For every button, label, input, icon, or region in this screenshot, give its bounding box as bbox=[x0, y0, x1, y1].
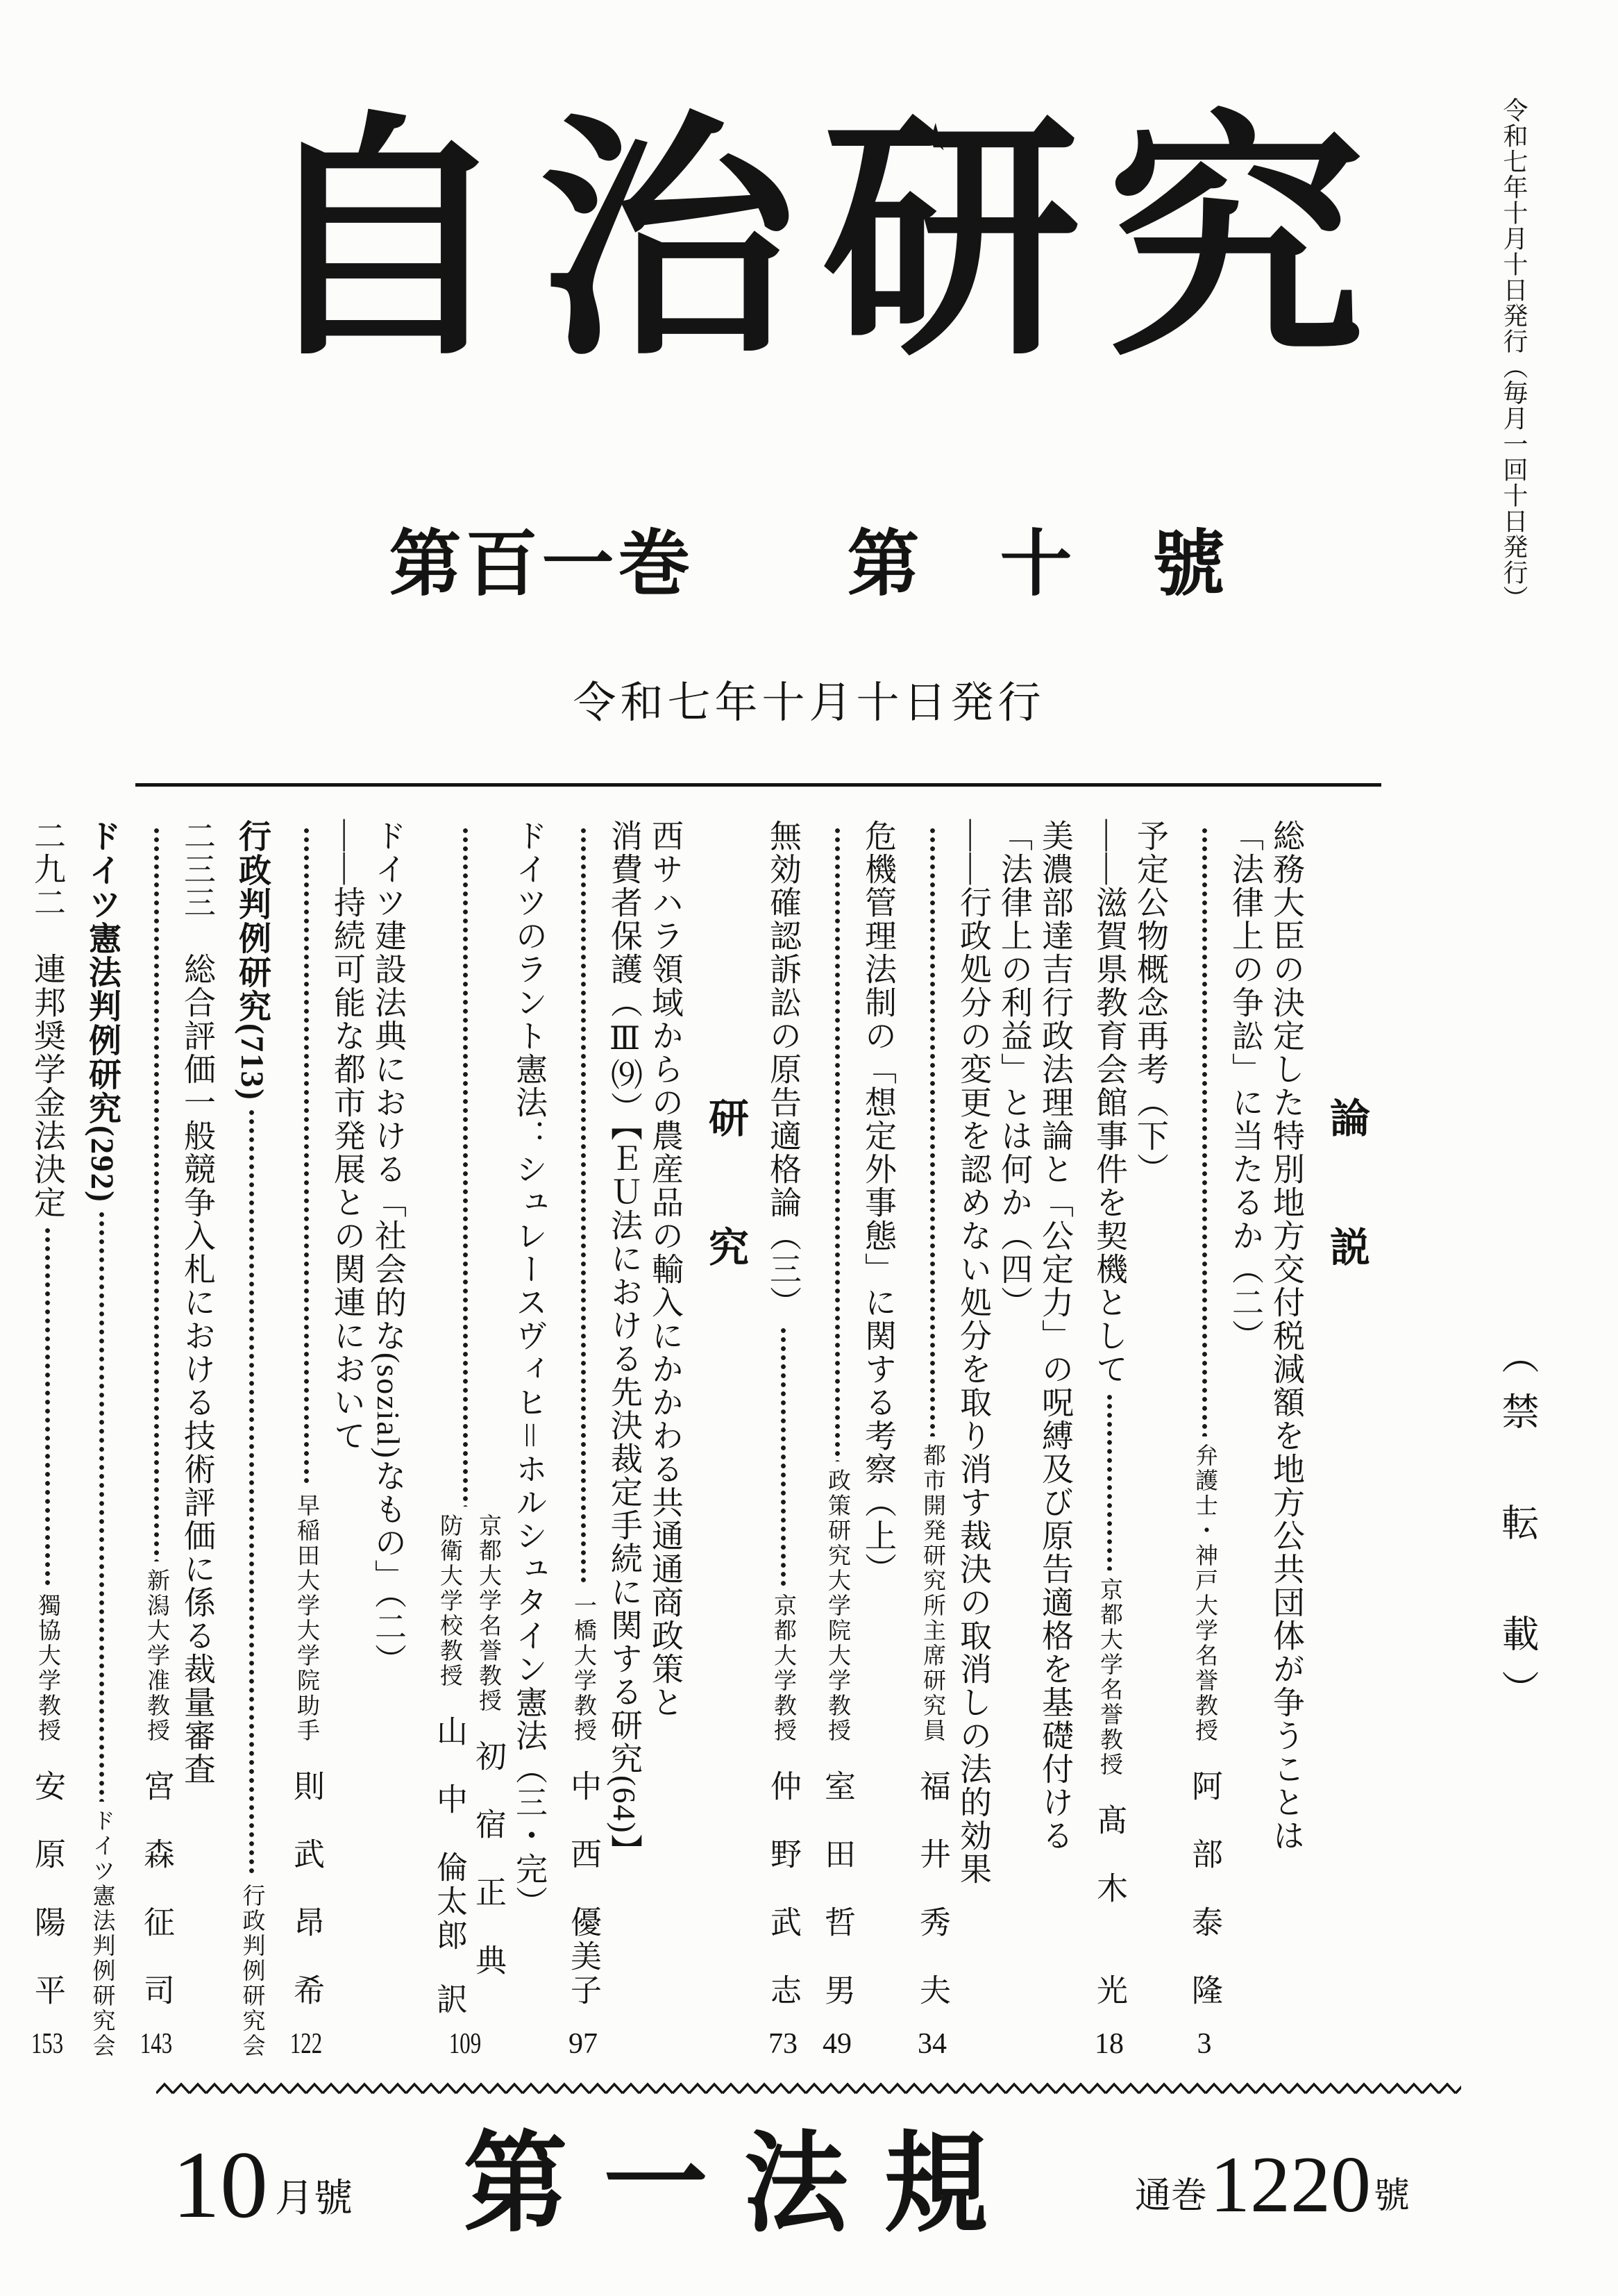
author-affiliation: 早稲田大学大学院助手 bbox=[294, 1493, 319, 1743]
toc-byline-column: 早稲田大学大学院助手 則 武 昂 希 122 bbox=[290, 819, 322, 2059]
section-header-articles: 論 説 bbox=[1326, 819, 1366, 2059]
page-number: 122 bbox=[290, 2029, 322, 2059]
toc-title-line: 西サハラ領域からの農産品の輸入にかかわる共通通商政策と bbox=[649, 819, 681, 2059]
author-name: 室 田 哲 男 bbox=[820, 1770, 854, 2008]
toc-byline-column: ――滋賀県教育会館事件を契機として 京都大学名誉教授 髙 木 光 18 bbox=[1093, 819, 1125, 2059]
toc-title-line: ――持続可能な都市発展との関連において bbox=[331, 819, 363, 2059]
leader-dots bbox=[153, 826, 160, 1561]
toc-byline-column: 新潟大学准教授 宮 森 征 司 143 bbox=[140, 819, 172, 2059]
page-number: 18 bbox=[1093, 2029, 1125, 2059]
toc-title-line: ――行政処分の変更を認めない処分を取り消す裁決の取消しの法的効果 bbox=[957, 819, 989, 2059]
serial-suffix: 號 bbox=[1374, 2179, 1410, 2215]
byline: 一橋大学教授 中 西 優美子 97 bbox=[567, 1593, 599, 2059]
research-group-name: 行政判例研究会 bbox=[239, 1884, 264, 2059]
leader-dots bbox=[303, 826, 310, 1486]
author-name: 宮 森 征 司 bbox=[139, 1770, 174, 2008]
publisher-logo: 第一法規 bbox=[463, 2130, 1024, 2240]
leader-dots bbox=[780, 1326, 786, 1586]
leader-dots bbox=[462, 826, 469, 1507]
toc-title-line: 無効確認訴訟の原告適格論（三） bbox=[767, 819, 799, 1319]
section-header-research: 研 究 bbox=[705, 819, 745, 2059]
author-name: 山 中 倫太郎 bbox=[432, 1715, 466, 1953]
no-reprint-note: （禁 転 載） bbox=[1499, 1336, 1536, 1725]
leader-dots bbox=[248, 1108, 255, 1877]
toc-title-line: ドイツのラント憲法：シュレースヴィヒ＝ホルシュタイン憲法（三・完） bbox=[513, 819, 545, 2059]
leader-dots bbox=[929, 826, 936, 1436]
leader-dots bbox=[1202, 826, 1208, 1436]
toc-byline-column: 無効確認訴訟の原告適格論（三） 京都大学教授 仲 野 武 志 73 bbox=[767, 819, 799, 2059]
table-of-contents: 論 説 総務大臣の決定した特別地方交付税減額を地方公共団体が争うことは 「法律上… bbox=[142, 819, 1381, 2059]
month-suffix: 月號 bbox=[275, 2179, 353, 2218]
series-header-german-const: ドイツ憲法判例研究(292) ドイツ憲法判例研究会 bbox=[85, 819, 118, 2059]
toc-title-line: 消費者保護（Ⅲ⑼）【ＥＵ法における先決裁定手続に関する研究(64)】 bbox=[608, 819, 640, 2059]
page-number: 49 bbox=[821, 2029, 853, 2059]
byline: 行政判例研究会 bbox=[236, 1884, 268, 2059]
toc-title-line: 二三三 総合評価一般競争入札における技術評価に係る裁量審査 bbox=[181, 819, 213, 2059]
series-title: ドイツ憲法判例研究(292) bbox=[85, 819, 118, 1203]
toc-byline-column: 政策研究大学院大学教授 室 田 哲 男 49 bbox=[821, 819, 853, 2059]
leader-dots bbox=[1106, 1393, 1113, 1570]
research-group-name: ドイツ憲法判例研究会 bbox=[90, 1809, 115, 2059]
toc-top-rule bbox=[135, 783, 1381, 787]
toc-title-line: ドイツ建設法典における「社会的な(sozial)なもの」（二） bbox=[372, 819, 404, 2059]
author-affiliation: 獨協大学教授 bbox=[35, 1593, 60, 1743]
leader-dots bbox=[99, 1210, 105, 1802]
byline: 京都大学名誉教授 初 宿 正 典 bbox=[472, 1514, 504, 2017]
author-name: 中 西 優美子 bbox=[566, 1770, 600, 2008]
zigzag-divider bbox=[156, 2081, 1461, 2097]
toc-title-line: 美濃部達吉行政法理論と「公定力」の呪縛及び原告適格を基礎付ける bbox=[1039, 819, 1071, 2059]
page-number: 73 bbox=[767, 2029, 799, 2059]
authors-pair: 京都大学名誉教授 初 宿 正 典 防衛大学校教授 山 中 倫太郎 訳 bbox=[426, 1514, 504, 2017]
series-header-admin-cases: 行政判例研究(713) 行政判例研究会 bbox=[235, 819, 268, 2059]
serial-prefix: 通巻 bbox=[1135, 2179, 1207, 2215]
month-number: 10 bbox=[172, 2137, 268, 2233]
toc-byline-column: 都市開発研究所主席研究員 福 井 秀 夫 34 bbox=[916, 819, 948, 2059]
author-name: 福 井 秀 夫 bbox=[915, 1770, 950, 2008]
issue-date-line: 令和七年十月十日発行 bbox=[0, 682, 1618, 725]
toc-title-line: 「法律上の争訟」に当たるか（二） bbox=[1229, 819, 1261, 2059]
leader-dots bbox=[44, 1226, 51, 1586]
author-name: 仲 野 武 志 bbox=[766, 1770, 800, 2008]
byline: 新潟大学准教授 宮 森 征 司 143 bbox=[140, 1568, 172, 2059]
byline: 早稲田大学大学院助手 則 武 昂 希 122 bbox=[290, 1493, 322, 2059]
toc-byline-column: 弁護士・神戸大学名誉教授 阿 部 泰 隆 3 bbox=[1188, 819, 1220, 2059]
month-issue-label: 10 月號 bbox=[172, 2137, 353, 2233]
author-name: 髙 木 光 bbox=[1092, 1804, 1127, 2008]
volume-issue-line: 第百一巻 第 十 號 bbox=[0, 529, 1618, 601]
page-number: 143 bbox=[140, 2029, 172, 2059]
leader-dots bbox=[580, 826, 587, 1586]
serial-number: 1220 bbox=[1210, 2145, 1371, 2225]
author-affiliation: 都市開発研究所主席研究員 bbox=[920, 1443, 945, 1743]
author-name: 初 宿 正 典 bbox=[471, 1740, 505, 1978]
page-number: 153 bbox=[31, 2029, 63, 2059]
toc-title-line: 予定公物概念再考（下） bbox=[1134, 819, 1166, 2059]
author-affiliation: 新潟大学准教授 bbox=[144, 1568, 169, 1743]
magazine-cover: 令和七年十月十日発行（毎月一回十日発行） 自治研究 第百一巻 第 十 號 令和七… bbox=[0, 0, 1618, 2296]
byline: 政策研究大学院大学教授 室 田 哲 男 49 bbox=[821, 1468, 853, 2059]
byline: 防衛大学校教授 山 中 倫太郎 訳 bbox=[433, 1514, 465, 2017]
magazine-title: 自治研究 bbox=[0, 115, 1618, 373]
toc-title-line: ――滋賀県教育会館事件を契機として bbox=[1093, 819, 1125, 1386]
toc-byline-column: 二九二 連邦奨学金法決定 獨協大学教授 安 原 陽 平 153 bbox=[31, 819, 63, 2059]
leader-dots bbox=[834, 826, 841, 1461]
author-affiliation: 弁護士・神戸大学名誉教授 bbox=[1192, 1443, 1217, 1743]
byline: 弁護士・神戸大学名誉教授 阿 部 泰 隆 3 bbox=[1188, 1443, 1220, 2059]
author-name: 阿 部 泰 隆 bbox=[1187, 1770, 1222, 2008]
byline: ドイツ憲法判例研究会 bbox=[86, 1809, 118, 2059]
series-title: 行政判例研究(713) bbox=[235, 819, 268, 1101]
author-name: 則 武 昂 希 bbox=[289, 1770, 323, 2008]
byline: 京都大学名誉教授 髙 木 光 18 bbox=[1093, 1577, 1125, 2059]
toc-byline-column: 一橋大学教授 中 西 優美子 97 bbox=[567, 819, 599, 2059]
toc-title-line: 危機管理法制の「想定外事態」に関する考察（上） bbox=[862, 819, 894, 2059]
toc-title-line: 二九二 連邦奨学金法決定 bbox=[31, 819, 63, 1219]
author-affiliation: 京都大学教授 bbox=[770, 1593, 795, 1743]
toc-title-line: 総務大臣の決定した特別地方交付税減額を地方公共団体が争うことは bbox=[1270, 819, 1302, 2059]
page-number: 34 bbox=[916, 2029, 948, 2059]
translator-mark: 訳 bbox=[432, 1983, 466, 2017]
byline: 獨協大学教授 安 原 陽 平 153 bbox=[31, 1593, 63, 2059]
byline: 京都大学教授 仲 野 武 志 73 bbox=[767, 1593, 799, 2059]
serial-issue-label: 通巻 1220 號 bbox=[1135, 2145, 1410, 2225]
author-affiliation: 防衛大学校教授 bbox=[437, 1514, 462, 1689]
author-affiliation: 政策研究大学院大学教授 bbox=[825, 1468, 850, 1743]
author-affiliation: 一橋大学教授 bbox=[571, 1593, 596, 1743]
page-number: 3 bbox=[1188, 2029, 1220, 2059]
footer-bar: 10 月號 第一法規 通巻 1220 號 bbox=[0, 2112, 1618, 2258]
author-affiliation: 京都大学名誉教授 bbox=[1097, 1577, 1122, 1777]
toc-title-line: 「法律上の利益」とは何か（四） bbox=[998, 819, 1030, 2059]
toc-byline-column: 京都大学名誉教授 初 宿 正 典 防衛大学校教授 山 中 倫太郎 訳 109 bbox=[426, 819, 504, 2059]
byline: 都市開発研究所主席研究員 福 井 秀 夫 34 bbox=[916, 1443, 948, 2059]
author-name: 安 原 陽 平 bbox=[30, 1770, 65, 2008]
page-number: 109 bbox=[450, 2029, 480, 2059]
page-number: 97 bbox=[567, 2029, 599, 2059]
author-affiliation: 京都大学名誉教授 bbox=[475, 1514, 500, 1713]
